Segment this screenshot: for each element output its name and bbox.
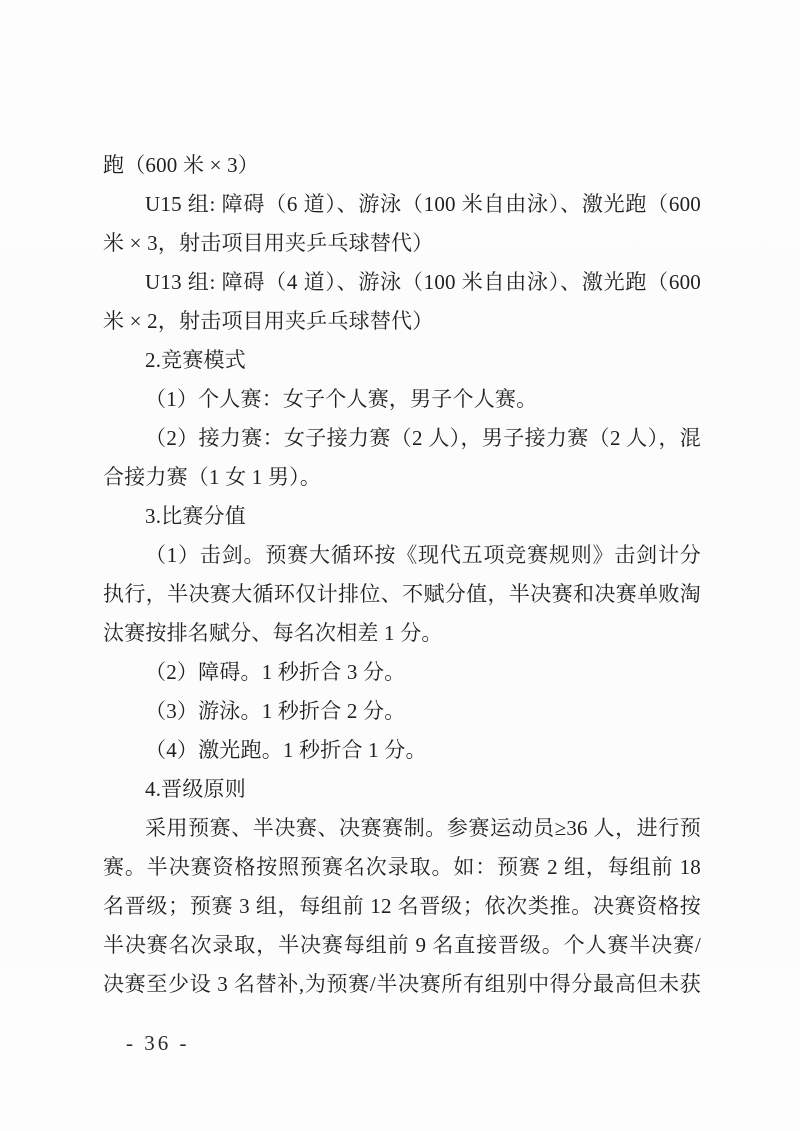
section-heading: 2.竞赛模式 xyxy=(103,341,701,380)
doc-line: 米 × 2，射击项目用夹乒乓球替代） xyxy=(103,302,701,341)
doc-line: 半决赛名次录取，半决赛每组前 9 名直接晋级。个人赛半决赛/ xyxy=(103,926,701,965)
section-heading: 4.晋级原则 xyxy=(103,770,701,809)
doc-line: 采用预赛、半决赛、决赛赛制。参赛运动员≥36 人，进行预 xyxy=(103,809,701,848)
section-heading: 3.比赛分值 xyxy=(103,497,701,536)
doc-line: 赛。半决赛资格按照预赛名次录取。如：预赛 2 组，每组前 18 xyxy=(103,848,701,887)
document-page: 跑（600 米 × 3） U15 组: 障碍（6 道）、游泳（100 米自由泳）… xyxy=(0,0,800,1131)
doc-line: U13 组: 障碍（4 道）、游泳（100 米自由泳）、激光跑（600 xyxy=(103,263,701,302)
doc-line: 执行，半决赛大循环仅计排位、不赋分值，半决赛和决赛单败淘 xyxy=(103,575,701,614)
doc-line: 合接力赛（1 女 1 男）。 xyxy=(103,458,701,497)
doc-line: 跑（600 米 × 3） xyxy=(103,146,701,185)
document-body: 跑（600 米 × 3） U15 组: 障碍（6 道）、游泳（100 米自由泳）… xyxy=(103,146,701,1004)
doc-line: （1）击剑。预赛大循环按《现代五项竞赛规则》击剑计分表 xyxy=(103,536,701,575)
doc-line: 汰赛按排名赋分、每名次相差 1 分。 xyxy=(103,614,701,653)
doc-line: 米 × 3，射击项目用夹乒乓球替代） xyxy=(103,224,701,263)
page-number: - 36 - xyxy=(126,1030,190,1056)
doc-line: （2）接力赛：女子接力赛（2 人），男子接力赛（2 人），混 xyxy=(103,419,701,458)
doc-line: U15 组: 障碍（6 道）、游泳（100 米自由泳）、激光跑（600 xyxy=(103,185,701,224)
doc-line: 名晋级；预赛 3 组，每组前 12 名晋级；依次类推。决赛资格按照 xyxy=(103,887,701,926)
doc-line: （1）个人赛：女子个人赛，男子个人赛。 xyxy=(103,380,701,419)
doc-line: （3）游泳。1 秒折合 2 分。 xyxy=(103,692,701,731)
doc-line: 决赛至少设 3 名替补,为预赛/半决赛所有组别中得分最高但未获 xyxy=(103,965,701,1004)
doc-line: （4）激光跑。1 秒折合 1 分。 xyxy=(103,731,701,770)
doc-line: （2）障碍。1 秒折合 3 分。 xyxy=(103,653,701,692)
